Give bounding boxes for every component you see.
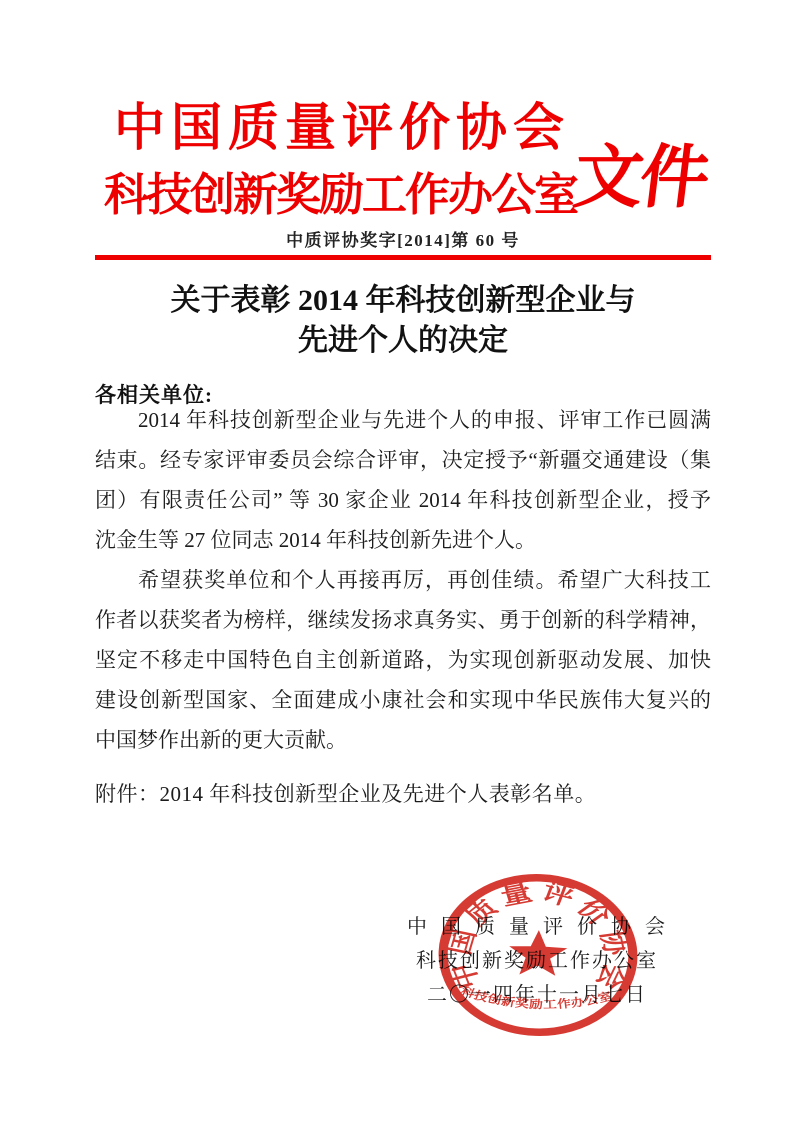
attachment-note: 附件：2014 年科技创新型企业及先进个人表彰名单。 xyxy=(95,778,596,808)
body-line: 团）有限责任公司” 等 30 家企业 2014 年科技创新型企业，授予 xyxy=(95,480,711,520)
letterhead-org-line-1: 中国质量评价协会 xyxy=(114,86,570,160)
body-line: 建设创新型国家、全面建成小康社会和实现中华民族伟大复兴的 xyxy=(95,680,711,720)
body-line: 希望获奖单位和个人再接再厉，再创佳绩。希望广大科技工 xyxy=(95,560,711,600)
body-line: 沈金生等 27 位同志 2014 年科技创新先进个人。 xyxy=(95,520,711,560)
doc-type-label: 文件 xyxy=(569,122,713,221)
document-title: 关于表彰 2014 年科技创新型企业与 先进个人的决定 xyxy=(95,281,711,361)
document-page: 中国质量评价协会 科技创新奖励工作办公室 文件 中质评协奖字[2014]第 60… xyxy=(0,0,802,1135)
body-line: 作者以获奖者为榜样，继续发扬求真务实、勇于创新的科学精神， xyxy=(95,600,711,640)
body-line: 结束。经专家评审委员会综合评审，决定授予“新疆交通建设（集 xyxy=(95,440,711,480)
seal-star-icon xyxy=(508,929,568,976)
official-seal: 中国质量评价协会 科技创新奖励工作办公室 xyxy=(433,868,643,1041)
body-paragraphs: 2014 年科技创新型企业与先进个人的申报、评审工作已圆满 结束。经专家评审委员… xyxy=(95,400,711,760)
title-line-2: 先进个人的决定 xyxy=(95,321,711,361)
body-line: 中国梦作出新的更大贡献。 xyxy=(95,720,711,760)
body-line: 2014 年科技创新型企业与先进个人的申报、评审工作已圆满 xyxy=(95,400,711,440)
doc-number: 中质评协奖字[2014]第 60 号 xyxy=(95,226,711,251)
red-divider-rule xyxy=(95,255,711,260)
title-line-1: 关于表彰 2014 年科技创新型企业与 xyxy=(95,281,711,321)
letterhead-org-line-2: 科技创新奖励工作办公室 xyxy=(104,158,577,223)
body-line: 坚定不移走中国特色自主创新道路，为实现创新驱动发展、加快 xyxy=(95,640,711,680)
